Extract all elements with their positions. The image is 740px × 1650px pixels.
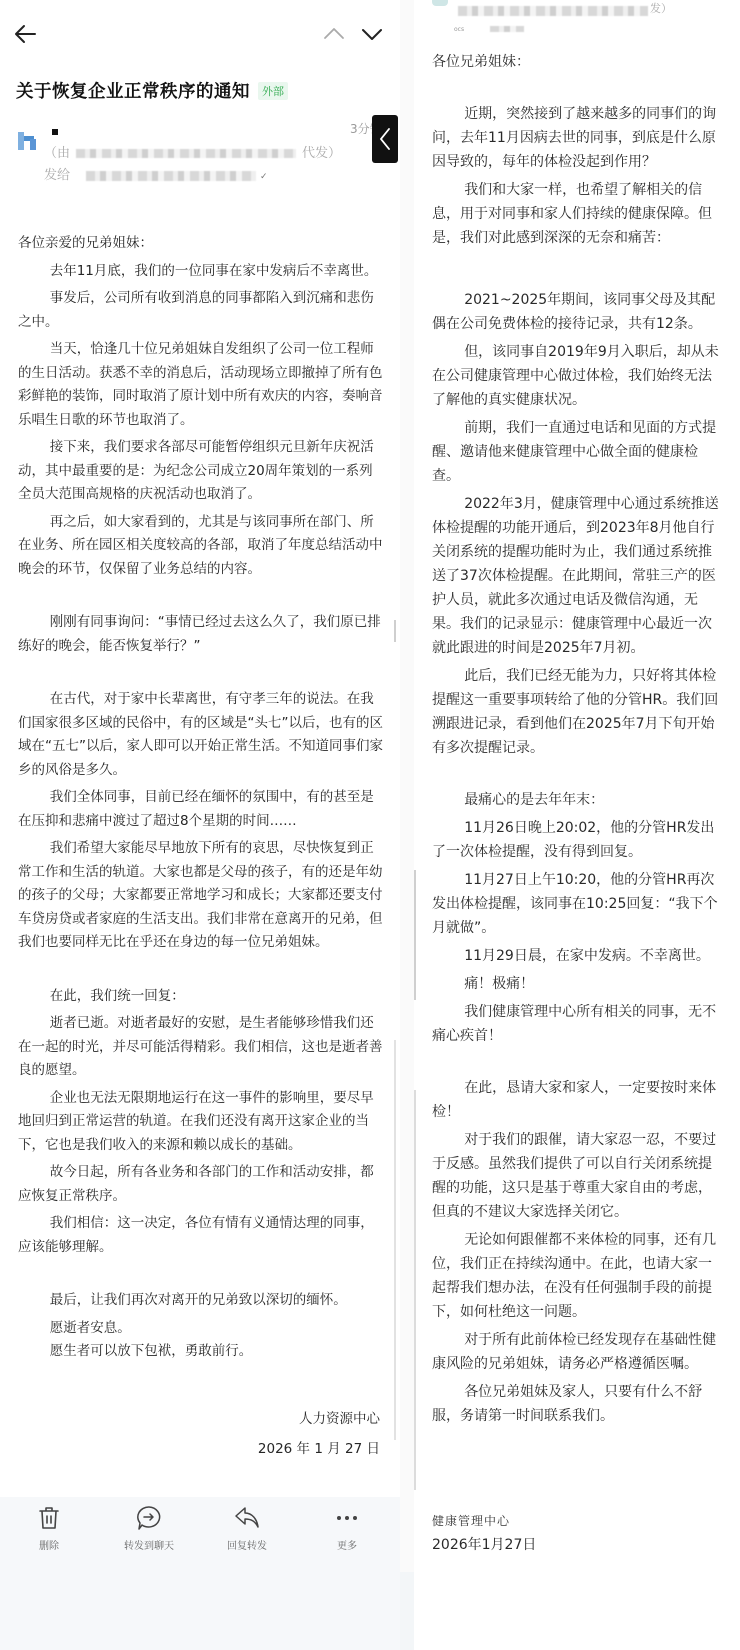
previous-email-button[interactable]	[322, 22, 346, 46]
signature-date: 2026 年 1 月 27 日	[258, 1434, 380, 1464]
paragraph: 去年11月底，我们的一位同事在家中发病后不幸离世。	[18, 260, 384, 284]
paragraph: 故今日起，所有各业务和各部门的工作和活动安排，都应恢复正常秩序。	[18, 1161, 384, 1208]
email-body: 各位亲爱的兄弟姐妹： 去年11月底，我们的一位同事在家中发病后不幸离世。 事发后…	[18, 232, 384, 1364]
paragraph: 各位兄弟姐妹及家人，只要有什么不舒服，务请第一时间联系我们。	[432, 1380, 724, 1428]
chevron-down-icon	[360, 22, 384, 46]
to-label: 发给	[44, 168, 70, 183]
greeting: 各位亲爱的兄弟姐妹：	[18, 232, 384, 256]
paragraph: 无论如何跟催都不来体检的同事，还有几位，我们正在持续沟通中。在此，也请大家一起帮…	[432, 1228, 724, 1324]
forward-chat-icon	[136, 1505, 162, 1531]
notice-body: 各位兄弟姐妹： 近期，突然接到了越来越多的同事们的询问，去年11月因病去世的同事…	[432, 50, 724, 1432]
chevron-left-icon	[378, 127, 392, 151]
redacted-sender-header: 发） ocs	[412, 0, 732, 40]
more-label: 更多	[302, 1537, 392, 1552]
redacted-proxy-sender	[458, 6, 648, 16]
external-badge: 外部	[258, 82, 288, 100]
back-button[interactable]	[12, 20, 40, 48]
chevron-up-icon	[322, 22, 346, 46]
scrollbar-thumb[interactable]	[394, 620, 396, 642]
email-subject: 关于恢复企业正常秩序的通知	[16, 78, 250, 103]
more-button[interactable]: 更多	[302, 1505, 392, 1552]
paragraph: 事发后，公司所有收到消息的同事都陷入到沉痛和悲伤之中。	[18, 287, 384, 334]
email-view-pane: 关于恢复企业正常秩序的通知 外部 3分钟前 （由代发） 发给✓ 各位亲爱的兄弟姐…	[0, 0, 400, 1650]
sender-avatar[interactable]	[18, 132, 38, 150]
paragraph: 我们和大家一样，也希望了解相关的信息，用于对同事和家人们持续的健康保障。但是，我…	[432, 178, 724, 250]
bottom-action-toolbar: 删除 转发到聊天 回复转发 更多	[0, 1497, 400, 1650]
paragraph: 接下来，我们要求各部尽可能暂停组织元旦新年庆祝活动，其中最重要的是：为纪念公司成…	[18, 436, 384, 507]
recipients-line[interactable]: 发给✓	[44, 164, 268, 183]
paragraph: 近期，突然接到了越来越多的同事们的询问，去年11月因病去世的同事，到底是什么原因…	[432, 102, 724, 174]
signature-org: 人力资源中心	[258, 1404, 380, 1434]
paragraph: 愿逝者安息。	[18, 1317, 384, 1341]
redacted-recipients	[490, 26, 524, 32]
delete-label: 删除	[4, 1537, 94, 1552]
paragraph: 再之后，如大家看到的，尤其是与该同事所在部门、所在业务、所在园区相关度较高的各部…	[18, 511, 384, 582]
side-panel-handle[interactable]	[372, 115, 398, 163]
reply-forward-label: 回复转发	[202, 1537, 292, 1552]
paragraph: 刚刚有同事询问：“事情已经过去这么久了，我们原已排练好的晚会，能否恢复举行？”	[18, 611, 384, 658]
proxy-sender-line: （由代发）	[44, 142, 341, 161]
scrollbar-track[interactable]	[414, 1090, 416, 1490]
small-label: ocs	[454, 26, 464, 33]
proxy-prefix: （由	[44, 146, 70, 161]
redacted-proxy-sender	[76, 149, 296, 158]
greeting: 各位兄弟姐妹：	[432, 50, 724, 74]
paragraph: 愿生者可以放下包袱，勇敢前行。	[18, 1340, 384, 1364]
forward-to-chat-label: 转发到聊天	[104, 1537, 194, 1552]
scrollbar-thumb[interactable]	[414, 870, 416, 1000]
sender-info: 3分钟前 （由代发） 发给✓	[16, 120, 396, 190]
paragraph: 我们健康管理中心所有相关的同事，无不痛心疾首！	[432, 1000, 724, 1048]
paragraph: 在此，恳请大家和家人，一定要按时来体检！	[432, 1076, 724, 1124]
arrow-left-icon	[12, 20, 40, 48]
paragraph: 我们相信：这一决定，各位有情有义通情达理的同事，应该能够理解。	[18, 1212, 384, 1259]
paragraph: 痛！极痛！	[432, 972, 724, 996]
proxy-suffix: 代发）	[302, 146, 341, 161]
expand-check-icon: ✓	[260, 172, 268, 182]
paragraph: 11月29日晨，在家中发病。不幸离世。	[432, 944, 724, 968]
paragraph: 11月26日晚上20:02，他的分管HR发出了一次体检提醒，没有得到回复。	[432, 816, 724, 864]
paragraph: 11月27日上午10:20，他的分管HR再次发出体检提醒，该同事在10:25回复…	[432, 868, 724, 940]
paragraph: 在古代，对于家中长辈离世，有守孝三年的说法。在我们国家很多区域的民俗中，有的区域…	[18, 688, 384, 782]
paragraph: 逝者已逝。对逝者最好的安慰，是生者能够珍惜我们还在一起的时光，并尽可能活得精彩。…	[18, 1012, 384, 1083]
paragraph: 2022年3月，健康管理中心通过系统推送体检提醒的功能开通后，到2023年8月他…	[432, 492, 724, 660]
email-signature: 人力资源中心 2026 年 1 月 27 日	[258, 1404, 380, 1464]
top-navigation-bar	[0, 0, 400, 70]
paragraph: 当天，恰逢几十位兄弟姐妹自发组织了公司一位工程师的生日活动。获悉不幸的消息后，活…	[18, 338, 384, 432]
delete-button[interactable]: 删除	[4, 1505, 94, 1552]
scrollbar-track[interactable]	[394, 1040, 396, 1440]
reply-icon	[233, 1505, 261, 1531]
paragraph: 最后，让我们再次对离开的兄弟致以深切的缅怀。	[18, 1289, 384, 1313]
paragraph: 我们全体同事，目前已经在缅怀的氛围中，有的甚至是在压抑和悲痛中渡过了超过8个星期…	[18, 786, 384, 833]
subject-row: 关于恢复企业正常秩序的通知 外部	[16, 78, 396, 103]
proxy-suffix: 发）	[650, 0, 672, 16]
paragraph: 在此，我们统一回复：	[18, 985, 384, 1009]
sender-name[interactable]	[52, 129, 58, 135]
signature-org: 健康管理中心	[432, 1512, 510, 1529]
more-icon	[335, 1505, 359, 1531]
trash-icon	[37, 1505, 61, 1531]
paragraph: 对于所有此前体检已经发现存在基础性健康风险的兄弟姐妹，请务必严格遵循医嘱。	[432, 1328, 724, 1376]
paragraph: 2021~2025年期间，该同事父母及其配偶在公司免费体检的接待记录，共有12条…	[432, 288, 724, 336]
paragraph: 但，该同事自2019年9月入职后，却从未在公司健康管理中心做过体检，我们始终无法…	[432, 340, 724, 412]
paragraph: 企业也无法无限期地运行在这一事件的影响里，要尽早地回归到正常运营的轨道。在我们还…	[18, 1087, 384, 1158]
next-email-button[interactable]	[360, 22, 384, 46]
health-center-notice-pane: 发） ocs 各位兄弟姐妹： 近期，突然接到了越来越多的同事们的询问，去年11月…	[400, 0, 740, 1650]
forward-to-chat-button[interactable]: 转发到聊天	[104, 1505, 194, 1552]
sender-avatar	[432, 0, 448, 6]
paragraph: 最痛心的是去年年末：	[432, 788, 724, 812]
paragraph: 前期，我们一直通过电话和见面的方式提醒、邀请他来健康管理中心做全面的健康检查。	[432, 416, 724, 488]
reply-forward-button[interactable]: 回复转发	[202, 1505, 292, 1552]
paragraph: 我们希望大家能尽早地放下所有的哀思，尽快恢复到正常工作和生活的轨道。大家也都是父…	[18, 837, 384, 955]
signature-date: 2026年1月27日	[432, 1534, 536, 1554]
paragraph: 对于我们的跟催，请大家忍一忍，不要过于反感。虽然我们提供了可以自行关闭系统提醒的…	[432, 1128, 724, 1224]
redacted-recipients	[86, 171, 256, 181]
paragraph: 此后，我们已经无能为力，只好将其体检提醒这一重要事项转给了他的分管HR。我们回溯…	[432, 664, 724, 760]
